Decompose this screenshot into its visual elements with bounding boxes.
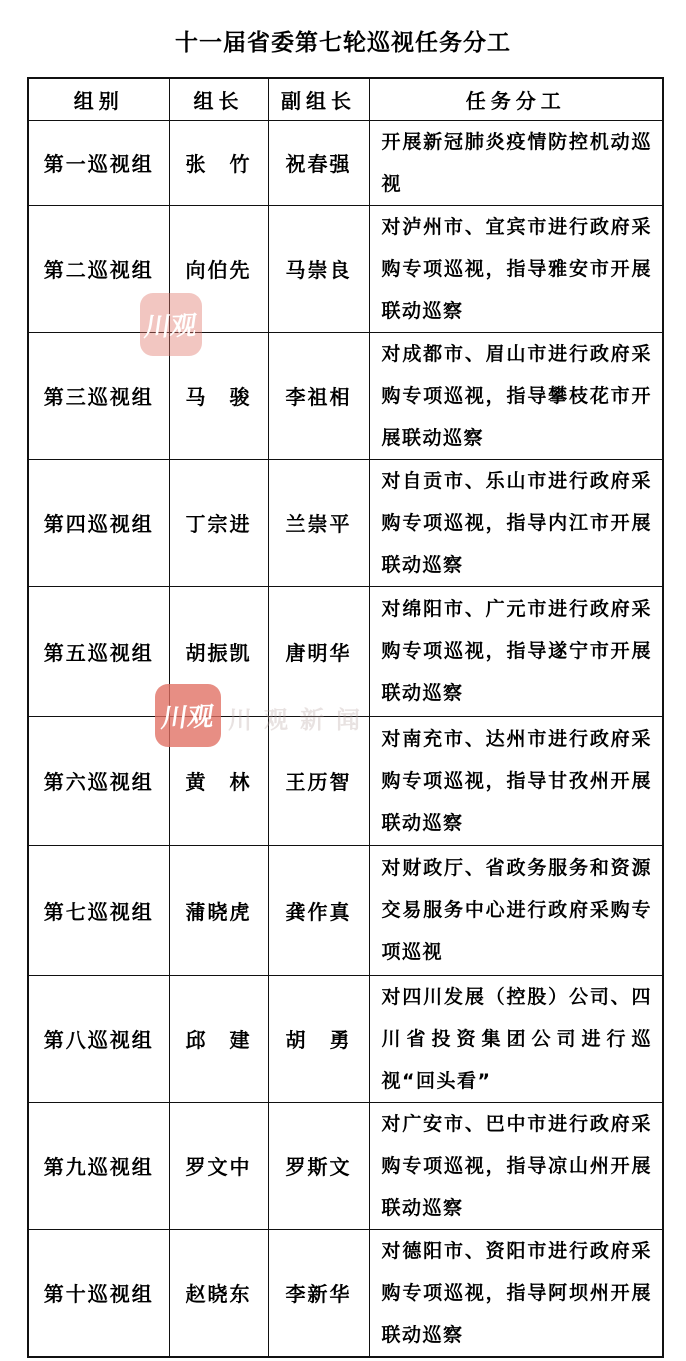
cell-task: 对广安市、巴中市进行政府采购专项巡视，指导凉山州开展联动巡察 [369,1102,663,1229]
table-header-row: 组别 组长 副组长 任务分工 [28,78,663,120]
cell-group: 第六巡视组 [28,716,169,845]
cell-task: 开展新冠肺炎疫情防控机动巡视 [369,120,663,205]
table-row: 第一巡视组 张 竹 祝春强 开展新冠肺炎疫情防控机动巡视 [28,120,663,205]
cell-leader: 赵晓东 [169,1229,268,1357]
cell-leader: 蒲晓虎 [169,845,268,975]
inspection-assignment-table: 组别 组长 副组长 任务分工 第一巡视组 张 竹 祝春强 开展新冠肺炎疫情防控机… [27,77,664,1358]
cell-leader: 马 骏 [169,332,268,459]
cell-task: 对泸州市、宜宾市进行政府采购专项巡视，指导雅安市开展联动巡察 [369,205,663,332]
cell-task: 对成都市、眉山市进行政府采购专项巡视，指导攀枝花市开展联动巡察 [369,332,663,459]
table-row: 第三巡视组 马 骏 李祖相 对成都市、眉山市进行政府采购专项巡视，指导攀枝花市开… [28,332,663,459]
cell-leader: 张 竹 [169,120,268,205]
cell-leader: 胡振凯 [169,586,268,716]
cell-group: 第五巡视组 [28,586,169,716]
cell-leader: 丁宗进 [169,459,268,586]
table-row: 第六巡视组 黄 林 王历智 对南充市、达州市进行政府采购专项巡视，指导甘孜州开展… [28,716,663,845]
cell-task: 对自贡市、乐山市进行政府采购专项巡视，指导内江市开展联动巡察 [369,459,663,586]
cell-group: 第八巡视组 [28,975,169,1102]
cell-deputy: 祝春强 [268,120,369,205]
cell-task: 对四川发展（控股）公司、四川省投资集团公司进行巡视“回头看” [369,975,663,1102]
cell-deputy: 胡 勇 [268,975,369,1102]
table-row: 第九巡视组 罗文中 罗斯文 对广安市、巴中市进行政府采购专项巡视，指导凉山州开展… [28,1102,663,1229]
cell-task: 对绵阳市、广元市进行政府采购专项巡视，指导遂宁市开展联动巡察 [369,586,663,716]
table-row: 第四巡视组 丁宗进 兰崇平 对自贡市、乐山市进行政府采购专项巡视，指导内江市开展… [28,459,663,586]
cell-task: 对财政厅、省政务服务和资源交易服务中心进行政府采购专项巡视 [369,845,663,975]
col-header-group: 组别 [28,78,169,120]
cell-deputy: 马崇良 [268,205,369,332]
page-title: 十一届省委第七轮巡视任务分工 [0,24,686,57]
cell-deputy: 李祖相 [268,332,369,459]
cell-group: 第九巡视组 [28,1102,169,1229]
table-row: 第二巡视组 向伯先 马崇良 对泸州市、宜宾市进行政府采购专项巡视，指导雅安市开展… [28,205,663,332]
table-row: 第十巡视组 赵晓东 李新华 对德阳市、资阳市进行政府采购专项巡视，指导阿坝州开展… [28,1229,663,1357]
col-header-leader: 组长 [169,78,268,120]
cell-deputy: 唐明华 [268,586,369,716]
cell-leader: 黄 林 [169,716,268,845]
page: 十一届省委第七轮巡视任务分工 组别 组长 副组长 任务分工 第一巡视组 张 竹 … [0,0,686,1361]
col-header-task: 任务分工 [369,78,663,120]
cell-group: 第一巡视组 [28,120,169,205]
col-header-deputy: 副组长 [268,78,369,120]
cell-deputy: 兰崇平 [268,459,369,586]
cell-leader: 向伯先 [169,205,268,332]
cell-leader: 邱 建 [169,975,268,1102]
cell-task: 对德阳市、资阳市进行政府采购专项巡视，指导阿坝州开展联动巡察 [369,1229,663,1357]
cell-group: 第四巡视组 [28,459,169,586]
table-row: 第五巡视组 胡振凯 唐明华 对绵阳市、广元市进行政府采购专项巡视，指导遂宁市开展… [28,586,663,716]
cell-task: 对南充市、达州市进行政府采购专项巡视，指导甘孜州开展联动巡察 [369,716,663,845]
cell-deputy: 龚作真 [268,845,369,975]
cell-group: 第十巡视组 [28,1229,169,1357]
cell-group: 第二巡视组 [28,205,169,332]
cell-deputy: 李新华 [268,1229,369,1357]
cell-leader: 罗文中 [169,1102,268,1229]
cell-group: 第三巡视组 [28,332,169,459]
table-row: 第七巡视组 蒲晓虎 龚作真 对财政厅、省政务服务和资源交易服务中心进行政府采购专… [28,845,663,975]
cell-deputy: 王历智 [268,716,369,845]
cell-deputy: 罗斯文 [268,1102,369,1229]
table-row: 第八巡视组 邱 建 胡 勇 对四川发展（控股）公司、四川省投资集团公司进行巡视“… [28,975,663,1102]
cell-group: 第七巡视组 [28,845,169,975]
